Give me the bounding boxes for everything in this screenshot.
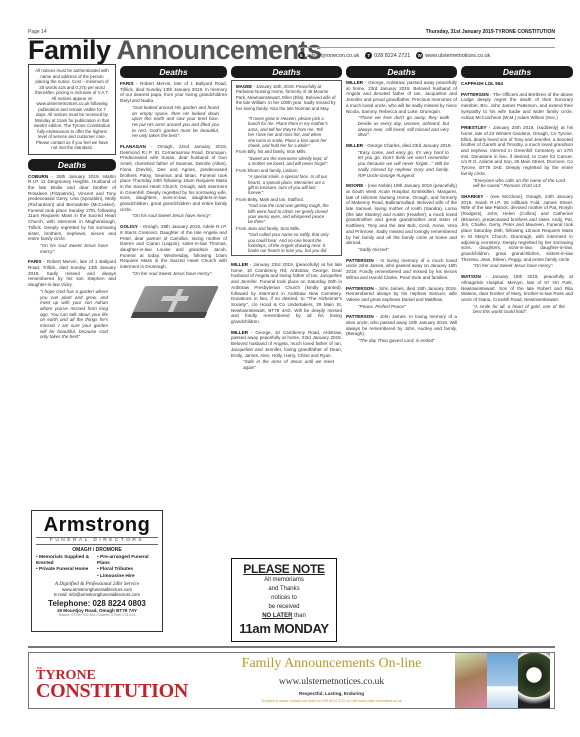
death-notice: PATTERSON - In loving memory of a much l… <box>346 258 457 281</box>
column-3-lower: MILLER - January 23rd 2019, (peacefully)… <box>231 262 342 554</box>
notice-text: - Robert Mervin, late of 1 Ballyard Road… <box>120 81 227 103</box>
ad-mobiles: Robert: 07790 700 943 / Darren: 07900 27… <box>36 613 158 617</box>
tribute-verse: "God saw the road was getting rough, the… <box>236 203 337 225</box>
magee-notice-box: MAGEE - January 16th, 2019. Peacefully a… <box>231 80 342 256</box>
death-notice: MILLER - George Charles, died 23rd Janua… <box>346 143 457 178</box>
death-notice: MILLER - January 23rd 2019, (peacefully)… <box>231 262 342 325</box>
notice-name: PATTERSON <box>346 314 374 319</box>
title-word-announcements: Announcements <box>117 35 322 65</box>
bible-pages <box>130 312 207 318</box>
cross-icon-bar <box>160 296 188 301</box>
lily-photo <box>518 653 550 708</box>
page-title: Family Announcements <box>28 36 322 64</box>
notice-name: WATSON <box>461 274 481 279</box>
notice-verse: "I hope God has a garden where you can p… <box>28 289 116 340</box>
death-notice: PATTERSON - John James. In loving memory… <box>346 314 457 344</box>
family-photo <box>455 653 487 708</box>
section-header-deaths: Deaths <box>461 66 573 78</box>
no-later-text: NO LATER <box>262 613 292 619</box>
than-text: than <box>292 613 305 619</box>
notice-name: MILLER <box>346 80 363 85</box>
notice-name: COBURN <box>28 174 48 179</box>
notice-name: MILLER <box>231 330 248 335</box>
tribute-verse: "A special smile, a special face. In all… <box>236 174 337 196</box>
ad-service-item: • Memorials Supplied & Erected <box>36 555 97 567</box>
notice-name: GOLIGY <box>120 224 138 229</box>
notice-name: FARIS <box>120 81 134 86</box>
column-4-content: MILLER - George, Ardstraw, passed away p… <box>346 80 457 646</box>
notice-rules-box: All notices must be authenticated with n… <box>28 64 116 155</box>
banner-url[interactable]: www.ulsternetnotices.co.uk <box>224 677 439 687</box>
contact-email[interactable]: Eads@tyronecon.co.uk <box>298 52 359 59</box>
column-5-content: Deaths CAPPAGH LOL 554 PATTERSON - The O… <box>461 64 573 644</box>
ad-telephone: Telephone: 028 8224 0803 <box>36 599 158 608</box>
death-notice: SHARKEY - (nee McGlone), Omagh, 24th Jan… <box>461 194 573 269</box>
notice-text: - January 23rd 2019, (peacefully) at his… <box>231 262 342 324</box>
notice-name: FARIS <box>28 259 42 264</box>
notice-name: FLANAGAN <box>120 144 146 149</box>
death-notice: PRIESTLEY - January 24th 2019, (suddenly… <box>461 125 573 189</box>
notice-verse: "On his soul Sweet Jesus have mercy". <box>120 213 227 219</box>
notice-text: - Omagh, 22nd January 2019, Desmond R.I.… <box>120 144 227 212</box>
please-note-line: be received <box>232 603 336 612</box>
please-note-line: NO LATER than <box>232 612 336 621</box>
email-icon: E <box>298 52 305 59</box>
banner-photos <box>455 653 550 708</box>
banner-tagline: Respectful, Lasting, Enduring <box>224 691 439 696</box>
please-note-line: and Thanks <box>232 585 336 594</box>
notice-verse: "Peace, Perfect Peace" <box>346 304 457 310</box>
tribute-from: From Jean and family, Sion Mills. <box>236 226 337 231</box>
please-note-line: notices to <box>232 594 336 603</box>
ad-service-item: • Limousine Hire <box>97 574 158 580</box>
please-note-box: PLEASE NOTE All memoriams and Thanks not… <box>231 558 337 642</box>
notice-name: MILLER <box>346 143 363 148</box>
email-text: ads@tyronecon.co.uk <box>307 53 359 59</box>
notice-text: - Omagh, 28th January 2019, Adele R.I.P.… <box>120 224 227 269</box>
notice-text: - (nee McGlone), Omagh, 24th January 201… <box>461 194 573 262</box>
section-header-deaths: Deaths <box>231 66 342 78</box>
title-word-family: Family <box>28 35 111 65</box>
logo-constitution: CONSTITUTION <box>36 681 188 701</box>
column-2: Deaths FARIS - Robert Mervin, late of 1 … <box>120 64 227 484</box>
notice-verse: "On her soul Sweet Jesus have mercy". <box>120 271 227 277</box>
notice-text: - George, Ardstraw, passed away peaceful… <box>346 80 457 114</box>
notice-name: PATTERSON <box>346 286 374 291</box>
tribute-from: From Billy, his and family, Sion Mills. <box>236 149 337 154</box>
death-notice: PATTERSON - The Officers and Brethren of… <box>461 92 573 121</box>
notice-verse: "Sadly missed" <box>346 247 457 253</box>
notice-verse: "Safe in the arms of Jesus until we meet… <box>231 359 342 370</box>
death-notice: MILLER - George, 10 Cambenny Road, Ardst… <box>231 330 342 371</box>
death-notice: FARIS - Robert Mervin, late of 1 Ballyar… <box>120 81 227 139</box>
death-notice: GOLIGY - Omagh, 28th January 2019, Adele… <box>120 224 227 276</box>
notice-verse: "On her soul Sweet Jesus have mercy". <box>461 263 573 269</box>
please-note-title: PLEASE NOTE <box>232 562 336 576</box>
please-note-line: All memoriams <box>232 576 336 585</box>
tribute-from: From Eileen and family, Lisburn. <box>236 168 337 173</box>
notice-name: MOORE <box>346 183 363 188</box>
notice-name: PRIESTLEY <box>461 125 487 130</box>
notice-verse: "Everyone who calls on the name of the L… <box>461 178 573 189</box>
death-notice: FARIS - Robert Mervin, late of 1 Ballyar… <box>28 259 116 340</box>
phone-text: 028 8224 2721 <box>374 53 410 59</box>
notice-name: PATTERSON <box>461 92 489 97</box>
notice-verse: "God looked around His garden and found … <box>120 105 227 139</box>
contact-bar: Eads@tyronecon.co.uk T028 8224 2721 Wwww… <box>298 47 555 59</box>
death-notice: MILLER - George, Ardstraw, passed away p… <box>346 80 457 138</box>
notice-text: - (nee Noble) 19th January 2019 (peacefu… <box>346 183 457 245</box>
notice-name: PATTERSON <box>346 258 374 263</box>
ad-services-list: • Memorials Supplied & Erected • Pre-arr… <box>36 555 158 580</box>
notice-text: - January 24th 2019, (suddenly) at his h… <box>461 125 573 176</box>
ad-subtitle: FUNERAL DIRECTORS <box>36 537 158 545</box>
death-notice: FLANAGAN - Omagh, 22nd January 2019, Des… <box>120 144 227 219</box>
ad-service-item: • Pre-arranged Funeral Plans <box>97 555 158 567</box>
notice-name: SHARKEY <box>461 194 483 199</box>
section-masthead: Family Announcements Eads@tyronecon.co.u… <box>28 39 555 63</box>
ad-brand: Armstrong <box>36 515 158 535</box>
notice-verse: "On his soul Sweet Jesus have mercy". <box>28 243 116 254</box>
notice-name: CAPPAGH LOL 554 <box>461 81 503 86</box>
section-header-deaths: Deaths <box>346 66 457 78</box>
death-notice: MOORE - (nee Noble) 19th January 2019 (p… <box>346 183 457 252</box>
notice-text: - 25th January 2019, Martin R.I.P. 11 De… <box>28 174 116 242</box>
phone-icon: T <box>365 52 372 59</box>
web-icon: W <box>416 52 423 59</box>
notice-verse: "Easy come, and easy go, it's very hard … <box>346 150 457 179</box>
tribute-verse: "If roses grow in Heaven, please pick a … <box>236 116 337 148</box>
ad-service-item <box>36 574 97 580</box>
tribute-verse: "God called your name so softly, that on… <box>236 232 337 256</box>
dove-photo <box>487 653 519 708</box>
section-header-deaths: Deaths <box>120 66 227 78</box>
contact-web[interactable]: Wwww.ulsternetnotices.co.uk <box>416 52 490 59</box>
online-notices-banner[interactable]: THE TYRONE CONSTITUTION Family Announcem… <box>28 652 555 709</box>
bible-illustration <box>128 282 220 322</box>
bottom-rule <box>28 646 555 648</box>
notice-text: - Robert Mervin, late of 1 Ballyard Road… <box>28 259 116 287</box>
notice-name: MAGEE <box>236 84 252 89</box>
notice-text: - George Charles, died 23rd January 2019… <box>363 143 452 148</box>
ad-locations: OMAGH / DROMORE <box>36 547 158 553</box>
armstrong-funeral-ad: Armstrong FUNERAL DIRECTORS OMAGH / DROM… <box>31 510 163 632</box>
death-notice: MAGEE - January 16th, 2019. Peacefully a… <box>236 84 337 111</box>
banner-cta: To place a notice contact our team on 02… <box>224 699 439 703</box>
ad-email[interactable]: E-mail: info@armstrongfuneraldirectors.c… <box>36 592 158 597</box>
death-notice: PATTERSON - John James, died 15th Januar… <box>346 286 457 310</box>
deadline-text: 11am MONDAY <box>232 621 336 636</box>
tribute-verse: "Sweet are the memories silently kept, o… <box>236 156 337 167</box>
banner-title: Family Announcements On-line <box>224 656 439 672</box>
contact-phone[interactable]: T028 8224 2721 <box>365 52 410 59</box>
tribute-from: From Betty, Mark and Ian, Stafford. <box>236 197 337 202</box>
notice-text: - George, 10 Cambenny Road, Ardstraw, pa… <box>231 330 342 358</box>
lodge-notice: CAPPAGH LOL 554 <box>461 81 573 87</box>
notice-verse: "A smile for all, a heart of gold, one o… <box>461 304 573 315</box>
section-header-deaths: Deaths <box>28 159 116 171</box>
notice-verse: "The day Thou gavest Lord, is ended" <box>346 338 457 344</box>
notice-verse: "Those we love don't go away, they walk … <box>346 115 457 138</box>
website-text: www.ulsternetnotices.co.uk <box>425 53 490 59</box>
death-notice: COBURN - 25th January 2019, Martin R.I.P… <box>28 174 116 255</box>
issue-date: Thursday, 31st January 2019-TYRONE CONST… <box>426 29 555 35</box>
notice-name: MILLER <box>231 262 248 267</box>
death-notice: WATSON - January 19th 2019, peacefully a… <box>461 274 573 315</box>
